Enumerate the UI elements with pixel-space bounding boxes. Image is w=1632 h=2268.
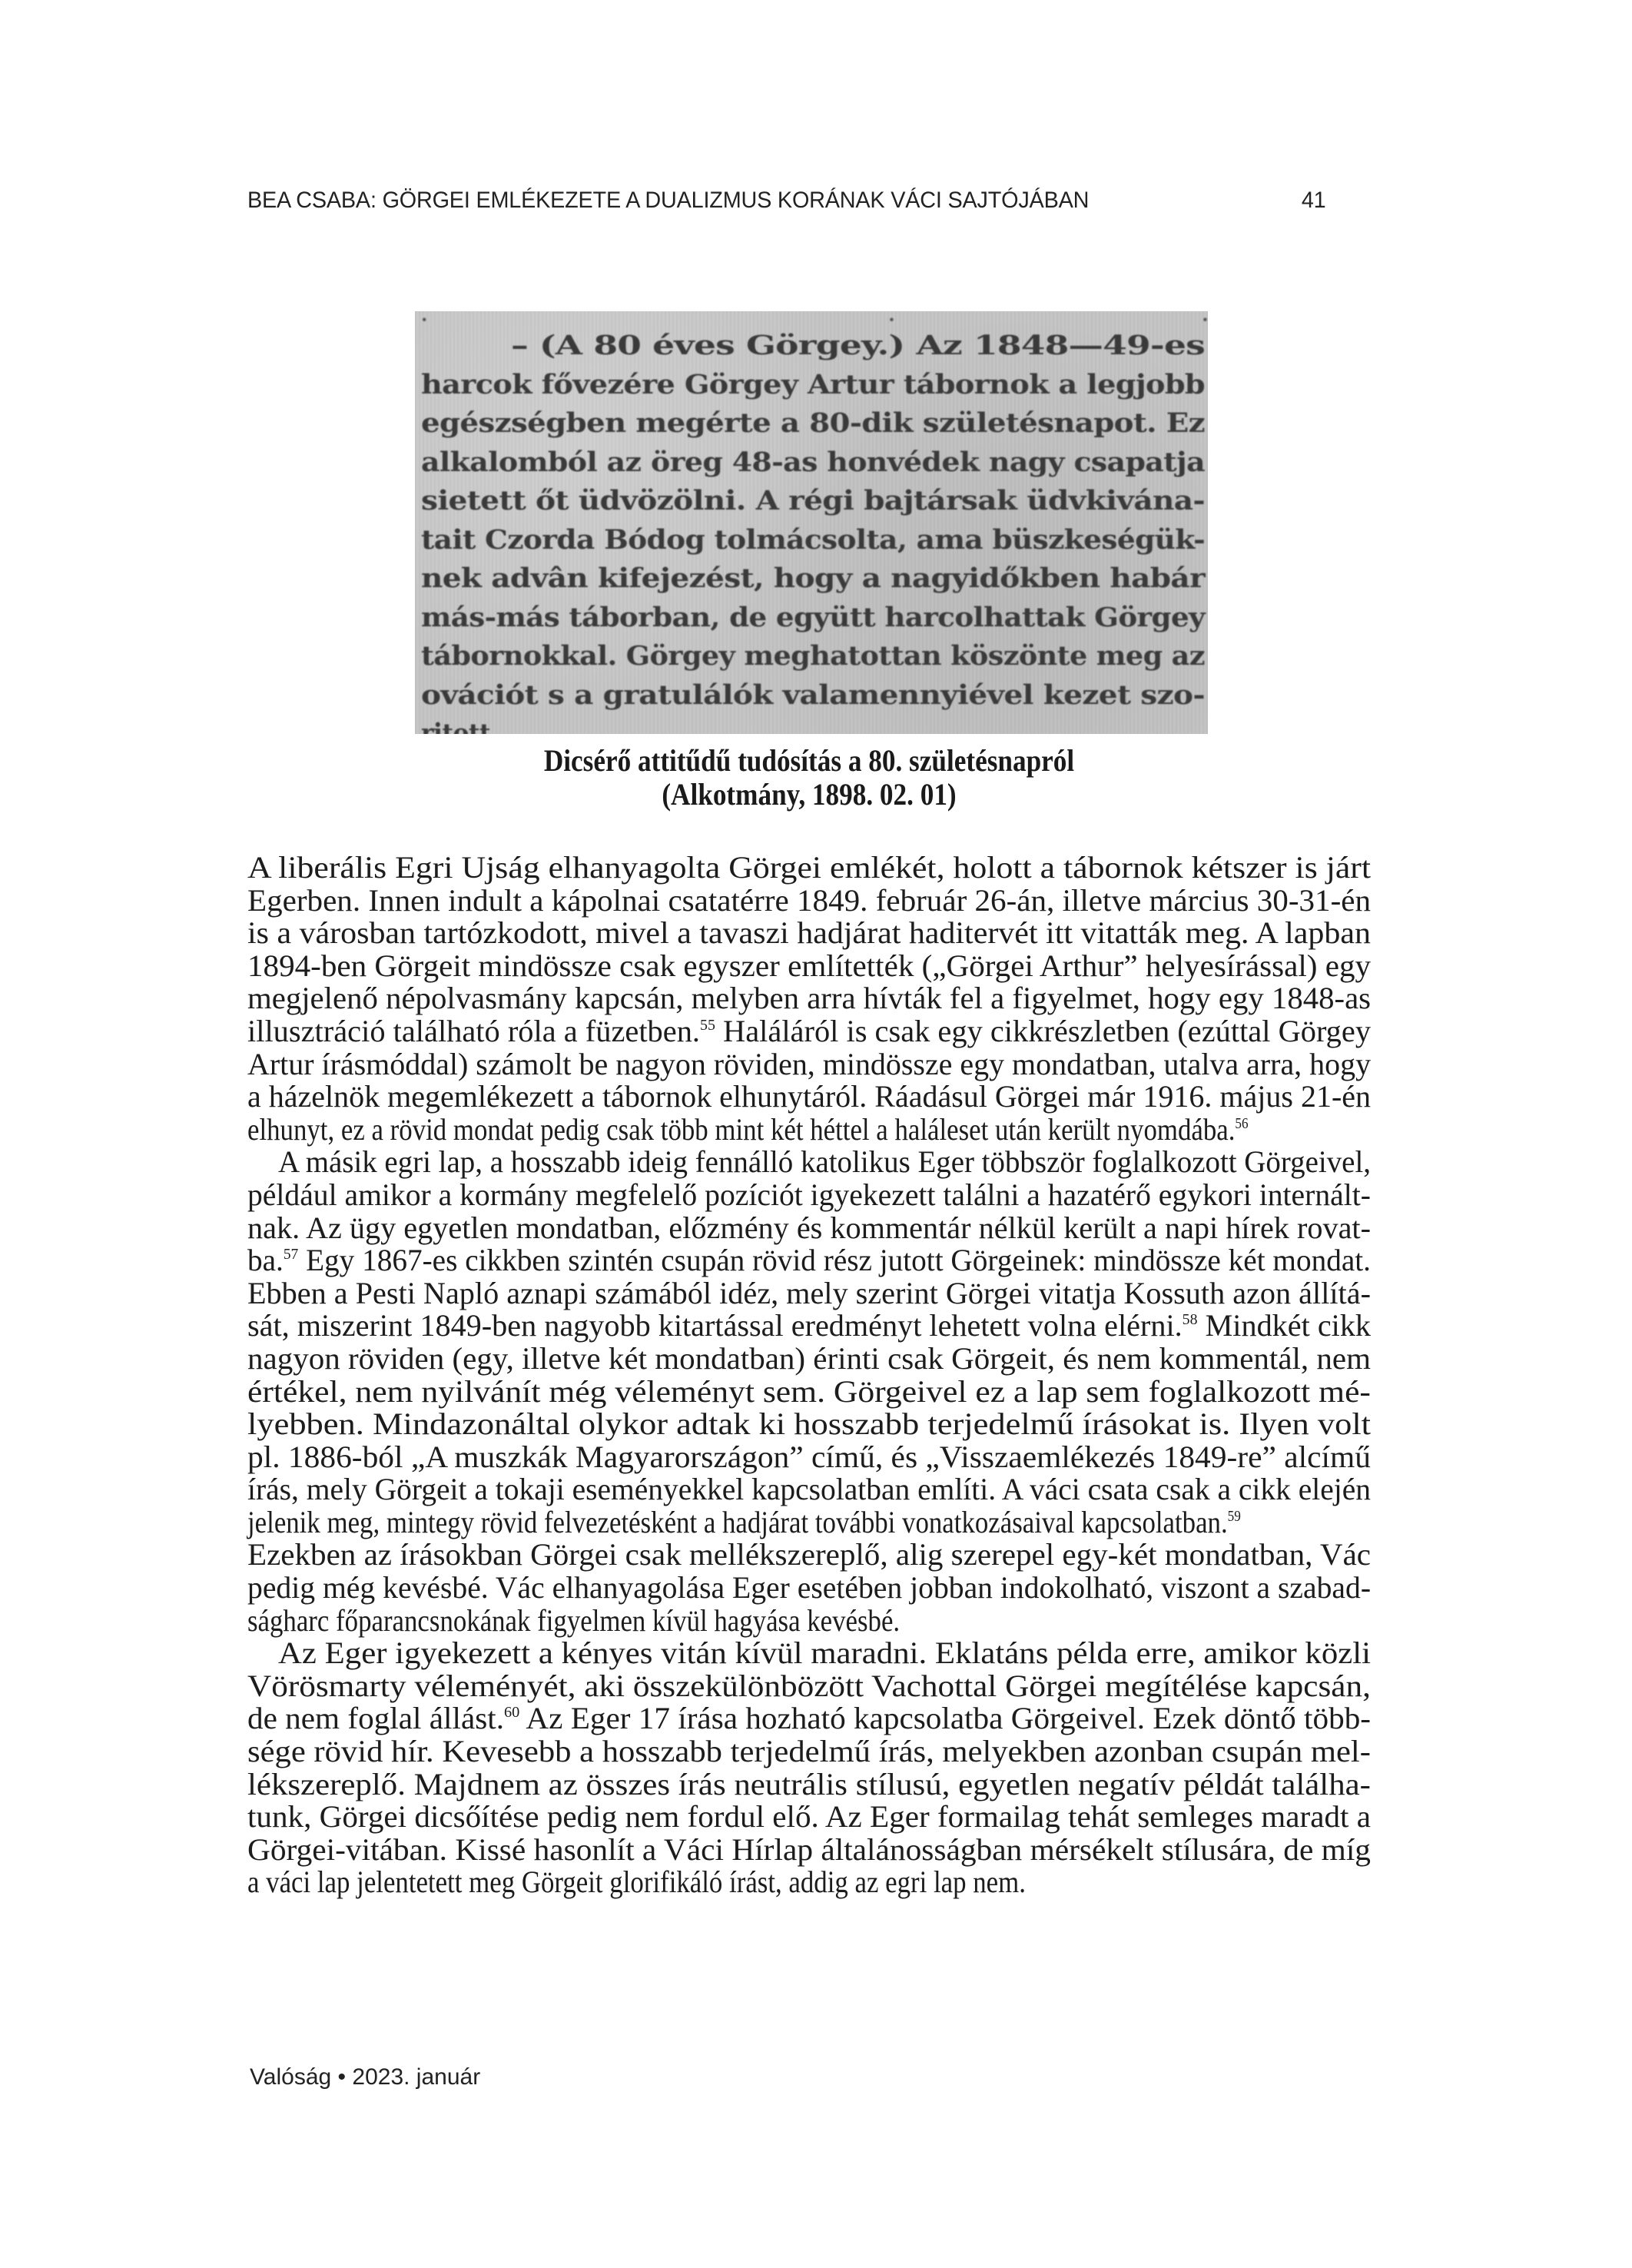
text-line: tunk, Görgei dicsőítése pedig nem fordul…: [247, 1801, 1371, 1834]
text-line: értékel, nem nyilvánít még véleményt sem…: [247, 1376, 1371, 1409]
text-line-content: lékszereplő. Majdnem az összes írás neut…: [247, 1768, 1371, 1801]
newspaper-clipping-image: · · · – (A 80 éves Görgey.) Az 1848—49-e…: [415, 311, 1208, 734]
text-line: Vörösmarty véleményét, aki összekülönböz…: [247, 1670, 1371, 1703]
text-line-content: Egerben. Innen indult a kápolnai csataté…: [247, 885, 1371, 918]
footer-separator: •: [338, 2064, 347, 2090]
text-line: Egerben. Innen indult a kápolnai csataté…: [247, 885, 1371, 918]
text-line-content: Vörösmarty véleményét, aki összekülönböz…: [247, 1670, 1371, 1703]
text-line: írás, mely Görgeit a tokaji eseményekkel…: [247, 1473, 1371, 1506]
text-line-content: de nem foglal állást.60 Az Eger 17 írása…: [247, 1702, 1371, 1735]
text-line-content: illusztráció található róla a füzetben.5…: [247, 1015, 1371, 1048]
text-line-content: lyebben. Mindazonáltal olykor adtak ki h…: [247, 1408, 1371, 1441]
running-title: BEA CSABA: GÖRGEI EMLÉKEZETE A DUALIZMUS…: [247, 188, 1089, 214]
text-line-content: írás, mely Görgeit a tokaji eseményekkel…: [247, 1473, 1371, 1506]
clipping-cut-line: · · ·: [421, 313, 1208, 327]
text-line-content: A másik egri lap, a hosszabb ideig fenná…: [278, 1146, 1371, 1179]
journal-name: Valóság: [250, 2064, 331, 2090]
text-line-content: például amikor a kormány megfelelő pozíc…: [247, 1179, 1371, 1212]
text-line-content: Ebben a Pesti Napló aznapi számából idéz…: [247, 1277, 1371, 1310]
text-line: pedig még kevésbé. Vác elhanyagolása Ege…: [247, 1572, 1371, 1605]
text-line: Ebben a Pesti Napló aznapi számából idéz…: [247, 1277, 1371, 1310]
text-line-content: nagyon röviden (egy, illetve két mondatb…: [247, 1343, 1371, 1376]
clipping-line: egészségben megérte a 80-dik születésnap…: [421, 404, 1208, 443]
footnote-ref[interactable]: 60: [504, 1704, 519, 1721]
text-line-content: sát, miszerint 1849-ben nagyobb kitartás…: [247, 1310, 1371, 1343]
text-line: Az Eger igyekezett a kényes vitán kívül …: [247, 1637, 1371, 1670]
clipping-line: harcok fővezére Görgey Artur tábornok a …: [421, 366, 1208, 405]
clipping-text: · · · – (A 80 éves Görgey.) Az 1848—49-e…: [421, 313, 1208, 734]
text-line: lékszereplő. Majdnem az összes írás neut…: [247, 1768, 1371, 1801]
text-line: 1894-ben Görgeit mindössze csak egyszer …: [247, 950, 1371, 983]
text-line: lyebben. Mindazonáltal olykor adtak ki h…: [247, 1408, 1371, 1441]
text-line: illusztráció található róla a füzetben.5…: [247, 1015, 1371, 1048]
clipping-line: más-más táborban, de együtt harcolhattak…: [421, 599, 1208, 638]
text-line-content: elhunyt, ez a rövid mondat pedig csak tö…: [247, 1114, 1249, 1147]
text-line-content: Görgei-vitában. Kissé hasonlít a Váci Hí…: [247, 1834, 1371, 1867]
text-line: is a városban tartózkodott, mivel a tava…: [247, 917, 1371, 950]
text-line-content: a váci lap jelentetett meg Görgeit glori…: [247, 1866, 1026, 1899]
text-line: jelenik meg, mintegy rövid felvezetéskén…: [247, 1506, 1371, 1539]
text-line: Görgei-vitában. Kissé hasonlít a Váci Hí…: [247, 1834, 1371, 1867]
text-line-content: sége rövid hír. Kevesebb a hosszabb terj…: [247, 1735, 1371, 1768]
clipping-line: ovációt s a gratulálók valamennyiével ke…: [421, 676, 1208, 716]
clipping-line: sietett őt üdvözölni. A régi bajtársak ü…: [421, 482, 1208, 521]
clipping-line: ritott.: [421, 715, 1208, 734]
text-line-content: ba.57 Egy 1867-es cikkben szintén csupán…: [247, 1244, 1371, 1277]
caption-line-2: (Alkotmány, 1898. 02. 01): [315, 778, 1304, 812]
text-line-content: pl. 1886-ból „A muszkák Magyarországon” …: [247, 1441, 1371, 1474]
text-line: pl. 1886-ból „A muszkák Magyarországon” …: [247, 1441, 1371, 1474]
text-line: például amikor a kormány megfelelő pozíc…: [247, 1179, 1371, 1212]
clipping-line: tábornokkal. Görgey meghatottan köszönte…: [421, 637, 1208, 676]
text-line-content: pedig még kevésbé. Vác elhanyagolása Ege…: [247, 1572, 1371, 1605]
text-line-content: ságharc főparancsnokának figyelmen kívül…: [247, 1605, 900, 1638]
text-line: sát, miszerint 1849-ben nagyobb kitartás…: [247, 1310, 1371, 1343]
text-line: nak. Az ügy egyetlen mondatban, előzmény…: [247, 1212, 1371, 1245]
text-line: ságharc főparancsnokának figyelmen kívül…: [247, 1605, 1371, 1638]
clipping-line: tait Czorda Bódog tolmácsolta, ama büszk…: [421, 521, 1208, 560]
text-line: a házelnök megemlékezett a tábornok elhu…: [247, 1081, 1371, 1114]
text-line-content: értékel, nem nyilvánít még véleményt sem…: [247, 1376, 1371, 1409]
text-line-content: Artur írásmóddal) számolt be nagyon rövi…: [247, 1048, 1371, 1081]
text-line-content: 1894-ben Görgeit mindössze csak egyszer …: [247, 950, 1371, 983]
clipping-line: alkalomból az öreg 48-as honvédek nagy c…: [421, 443, 1208, 483]
text-line: A másik egri lap, a hosszabb ideig fenná…: [247, 1146, 1371, 1179]
journal-issue: 2023. január: [352, 2064, 480, 2090]
footnote-ref[interactable]: 56: [1235, 1115, 1248, 1132]
text-line: ba.57 Egy 1867-es cikkben szintén csupán…: [247, 1244, 1371, 1277]
text-line-content: a házelnök megemlékezett a tábornok elhu…: [247, 1081, 1371, 1114]
footnote-ref[interactable]: 55: [700, 1017, 715, 1034]
text-line: megjelenő népolvasmány kapcsán, melyben …: [247, 982, 1371, 1015]
text-line: Artur írásmóddal) számolt be nagyon rövi…: [247, 1048, 1371, 1081]
article-body: A liberális Egri Ujság elhanyagolta Görg…: [247, 852, 1371, 1899]
text-line-content: A liberális Egri Ujság elhanyagolta Görg…: [247, 852, 1371, 885]
clipping-headline: – (A 80 éves Görgey.) Az 1848—49-es: [421, 327, 1208, 366]
text-line-content: Az Eger igyekezett a kényes vitán kívül …: [278, 1637, 1371, 1670]
figure-caption: Dicsérő attitűdű tudósítás a 80. születé…: [247, 744, 1371, 812]
page-footer: Valóság • 2023. január: [250, 2064, 480, 2090]
text-line-content: nak. Az ügy egyetlen mondatban, előzmény…: [247, 1212, 1371, 1245]
text-line: nagyon röviden (egy, illetve két mondatb…: [247, 1343, 1371, 1376]
text-line: de nem foglal állást.60 Az Eger 17 írása…: [247, 1702, 1371, 1735]
text-line-content: megjelenő népolvasmány kapcsán, melyben …: [247, 982, 1371, 1015]
text-line: a váci lap jelentetett meg Görgeit glori…: [247, 1866, 1371, 1899]
text-line: A liberális Egri Ujság elhanyagolta Görg…: [247, 852, 1371, 885]
text-line: elhunyt, ez a rövid mondat pedig csak tö…: [247, 1114, 1371, 1147]
running-head: BEA CSABA: GÖRGEI EMLÉKEZETE A DUALIZMUS…: [247, 188, 1326, 214]
text-line: Ezekben az írásokban Görgei csak melléks…: [247, 1539, 1371, 1572]
footnote-ref[interactable]: 59: [1228, 1508, 1241, 1525]
text-line: sége rövid hír. Kevesebb a hosszabb terj…: [247, 1735, 1371, 1768]
clipping-line: nek advân kifejezést, hogy a nagyidőkben…: [421, 560, 1208, 599]
text-line-content: is a városban tartózkodott, mivel a tava…: [247, 917, 1371, 950]
text-line-content: tunk, Görgei dicsőítése pedig nem fordul…: [247, 1801, 1371, 1834]
text-line-content: jelenik meg, mintegy rövid felvezetéskén…: [247, 1506, 1241, 1539]
footnote-ref[interactable]: 58: [1183, 1311, 1198, 1328]
caption-line-1: Dicsérő attitűdű tudósítás a 80. születé…: [315, 744, 1304, 778]
footnote-ref[interactable]: 57: [284, 1246, 298, 1263]
page-number: 41: [1302, 188, 1326, 214]
text-line-content: Ezekben az írásokban Görgei csak melléks…: [247, 1539, 1371, 1572]
